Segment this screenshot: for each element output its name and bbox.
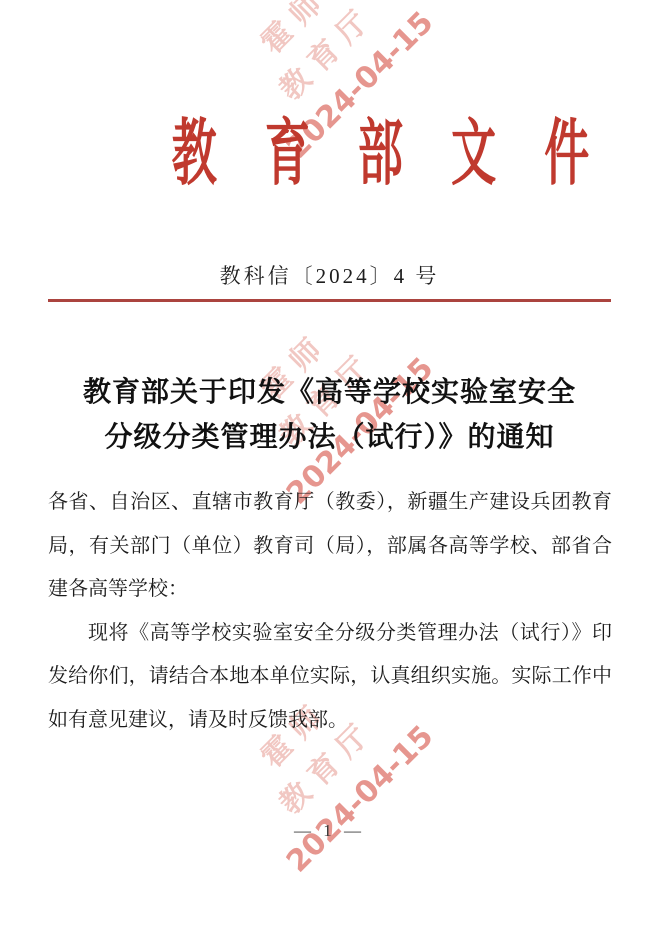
- document-number: 教科信〔2024〕4 号: [0, 261, 659, 291]
- notice-title-line1: 教育部关于印发《高等学校实验室安全: [0, 370, 659, 415]
- notice-body: 各省、自治区、直辖市教育厅（教委），新疆生产建设兵团教育局，有关部门（单位）教育…: [48, 481, 612, 742]
- document-page: 霍师 教育厅 2024-04-15 霍师 教育厅 2024-04-15 霍师 教…: [0, 0, 659, 926]
- page-number: — 1 —: [0, 821, 659, 841]
- main-paragraph: 现将《高等学校实验室安全分级分类管理办法（试行）》印发给你们，请结合本地本单位实…: [48, 612, 612, 743]
- notice-title-line2: 分级分类管理办法（试行）》的通知: [0, 415, 659, 460]
- red-divider-line: [48, 299, 611, 302]
- letterhead-title: 教育部文件: [124, 114, 536, 194]
- notice-title: 教育部关于印发《高等学校实验室安全 分级分类管理办法（试行）》的通知: [0, 370, 659, 460]
- recipients-paragraph: 各省、自治区、直辖市教育厅（教委），新疆生产建设兵团教育局，有关部门（单位）教育…: [48, 481, 612, 612]
